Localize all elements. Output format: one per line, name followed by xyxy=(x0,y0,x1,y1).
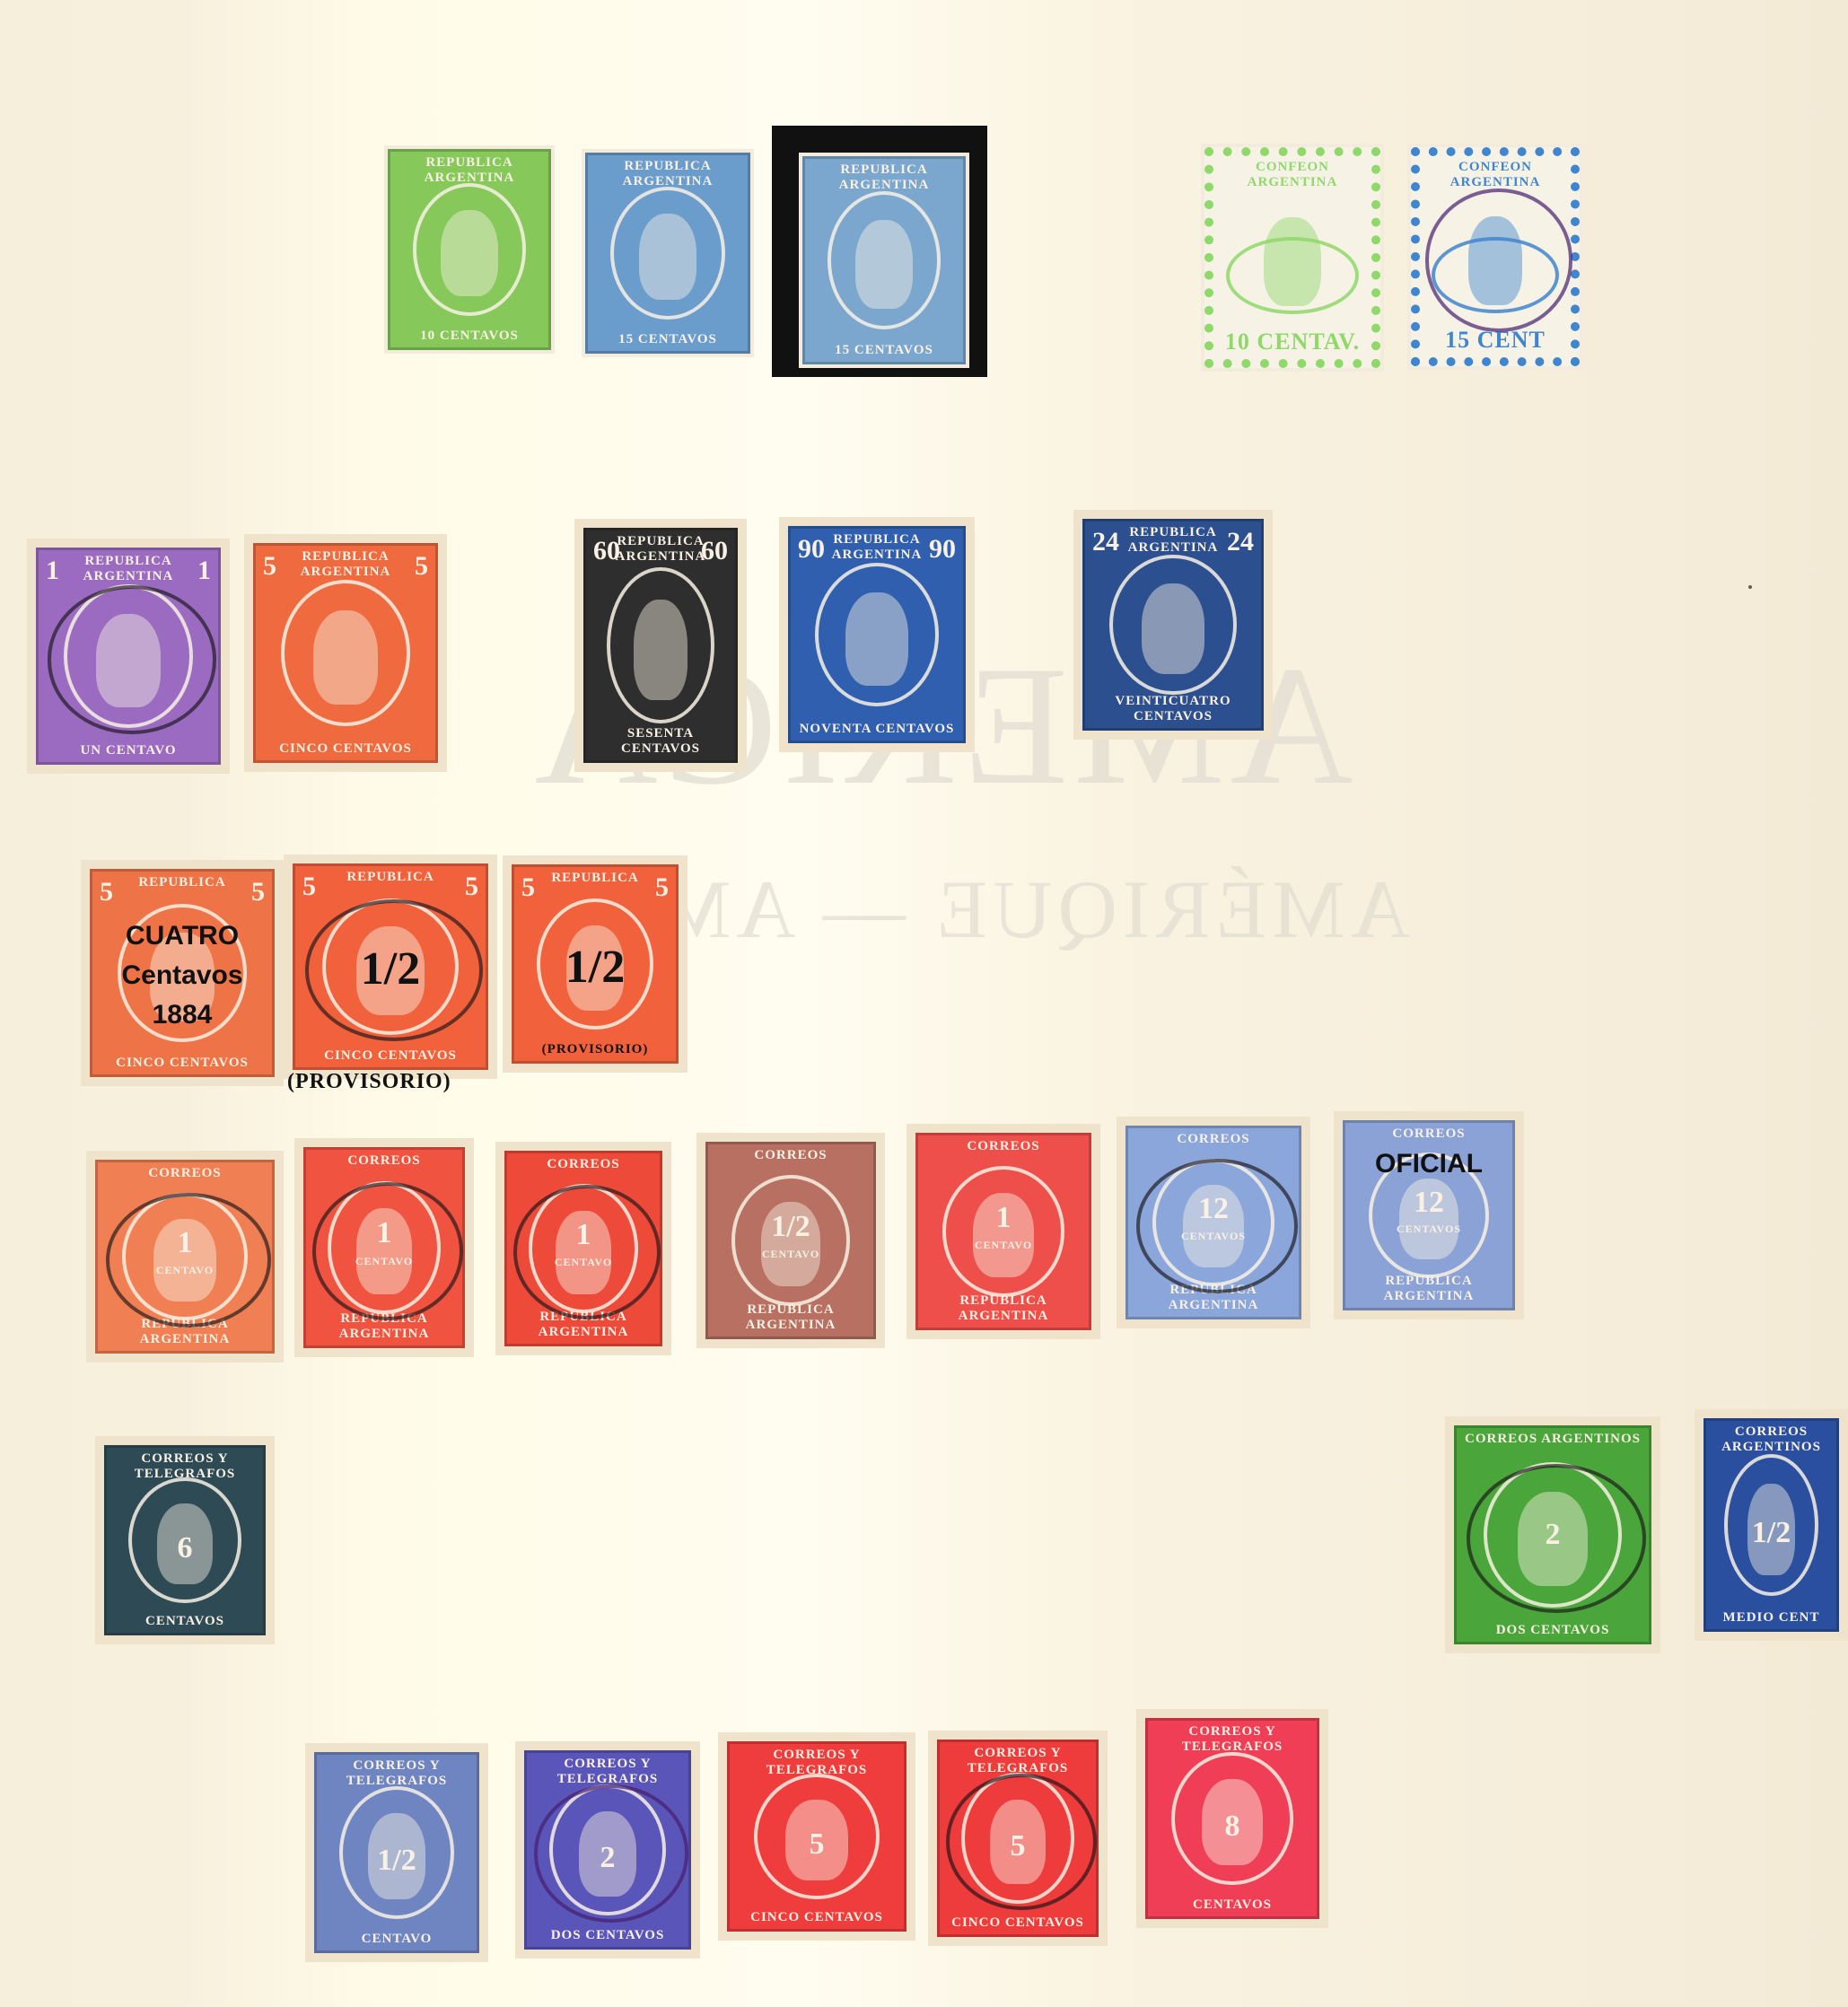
stamp-design: REPUBLICA ARGENTINA1515 CENTAVOS xyxy=(802,156,966,364)
stamp-unit-label: CENTAVOS xyxy=(1345,1219,1512,1240)
stamp-unit-label: CENTAVO xyxy=(918,1235,1089,1256)
postmark-cancel xyxy=(1467,1464,1646,1613)
stamp-design: CORREOS Y TELEGRAFOS8CENTAVOS xyxy=(1145,1718,1319,1919)
album-watermark-subtitle: AMÉRIQUE — AMI xyxy=(619,862,1410,957)
corner-value: 5 xyxy=(655,872,669,903)
stamp-top-label: CORREOS ARGENTINOS xyxy=(1706,1421,1836,1459)
corner-value: 5 xyxy=(521,872,535,903)
portrait-icon xyxy=(441,210,497,296)
stamp-bottom-label: CENTAVOS xyxy=(1191,1894,1274,1916)
stamp-design: REPUBLICA ARGENTINA24VEINTICUATRO CENTAV… xyxy=(1082,519,1264,731)
stamp-top-label: CORREOS ARGENTINOS xyxy=(1463,1428,1642,1450)
postmark-cancel xyxy=(1136,1159,1299,1293)
corner-value: 90 xyxy=(798,534,825,565)
stamp-design: CORREOS Y TELEGRAFOS1/2CENTAVO xyxy=(314,1752,479,1953)
stamp-top-label: REPUBLICA ARGENTINA xyxy=(588,155,748,193)
overprint-text: 1/2 xyxy=(514,941,676,994)
corner-value: 1 xyxy=(197,556,211,586)
stamp-design: REPUBLICA5CINCO CENTAVOS55CUATRO Centavo… xyxy=(90,869,275,1077)
corner-value: 5 xyxy=(465,872,478,902)
corner-value: 5 xyxy=(302,872,316,902)
postmark-cancel xyxy=(1425,188,1573,331)
stamp-top-label: REPUBLICA ARGENTINA xyxy=(390,152,548,189)
stamp-top-label: REPUBLICA ARGENTINA xyxy=(805,159,963,197)
stamp-row1-2: REPUBLICA ARGENTINA1515 CENTAVOS xyxy=(582,149,754,357)
portrait-icon xyxy=(1264,217,1320,306)
stamp-row3-3: REPUBLICA5(PROVISORIO)551/2 xyxy=(503,855,688,1073)
stamp-top-label: CORREOS xyxy=(1390,1123,1467,1145)
corner-value: 24 xyxy=(1092,527,1119,557)
corner-value: 5 xyxy=(100,877,113,907)
stamp-top-label: CORREOS Y TELEGRAFOS xyxy=(1148,1721,1317,1758)
stamp-row4-4: CORREOS1/2REPUBLICA ARGENTINACENTAVO xyxy=(696,1133,885,1348)
stamp-top-label: CORREOS Y TELEGRAFOS xyxy=(107,1448,263,1486)
stamp-top-label: REPUBLICA xyxy=(345,866,435,889)
stamp-row6-5: CORREOS Y TELEGRAFOS8CENTAVOS xyxy=(1136,1709,1328,1928)
stamp-value: 6 xyxy=(178,1531,193,1565)
stamp-bottom-label: SESENTA CENTAVOS xyxy=(586,723,735,760)
stamp-top-label: REPUBLICA ARGENTINA xyxy=(256,546,435,583)
stamp-design: CONFEON ARGENTINA1010 CENTAV. xyxy=(1204,147,1380,368)
stamp-design: REPUBLICA ARGENTINA5CINCO CENTAVOS55 xyxy=(253,543,438,763)
stamp-design: CORREOS ARGENTINOS1/2MEDIO CENT xyxy=(1703,1418,1839,1632)
stamp-row3-1: REPUBLICA5CINCO CENTAVOS55CUATRO Centavo… xyxy=(81,860,284,1086)
stamp-top-label: REPUBLICA xyxy=(549,867,640,890)
stamp-top-label: CORREOS xyxy=(752,1144,828,1167)
stamp-row4-3: CORREOS1REPUBLICA ARGENTINACENTAVO xyxy=(495,1142,671,1355)
postmark-cancel xyxy=(305,899,483,1041)
postmark-cancel xyxy=(534,1784,689,1922)
stamp-row1-3: REPUBLICA ARGENTINA1515 CENTAVOS xyxy=(799,153,969,368)
stamp-top-label: CORREOS xyxy=(1175,1128,1251,1151)
portrait-icon xyxy=(634,600,688,701)
overprint-text: OFICIAL xyxy=(1345,1149,1512,1179)
stamp-row1-1: REPUBLICA ARGENTINA1010 CENTAVOS xyxy=(384,145,555,354)
stamp-row1-4: CONFEON ARGENTINA1010 CENTAV. xyxy=(1201,144,1384,372)
corner-value: 60 xyxy=(593,536,620,566)
stamp-value: 12 xyxy=(1414,1186,1444,1220)
stamp-row5-2: CORREOS ARGENTINOS2DOS CENTAVOS xyxy=(1445,1416,1660,1653)
stamp-design: CORREOS Y TELEGRAFOS5CINCO CENTAVOS xyxy=(727,1741,906,1932)
stamp-value: 1 xyxy=(996,1201,1012,1235)
stamp-row2-3: REPUBLICA ARGENTINA60SESENTA CENTAVOS606… xyxy=(574,519,747,772)
postmark-cancel xyxy=(312,1182,463,1320)
portrait-icon xyxy=(845,592,907,686)
stamp-bottom-label: CENTAVO xyxy=(360,1928,434,1950)
stamp-value: 1/2 xyxy=(377,1844,416,1878)
stamp-value: 8 xyxy=(1225,1810,1240,1844)
stamp-top-label: CONFEON ARGENTINA xyxy=(1213,156,1371,194)
paper-speck xyxy=(1748,585,1752,589)
stamp-row6-4: CORREOS Y TELEGRAFOS5CINCO CENTAVOS xyxy=(928,1731,1108,1946)
stamp-bottom-label: UN CENTAVO xyxy=(78,740,178,762)
stamp-row2-5: REPUBLICA ARGENTINA24VEINTICUATRO CENTAV… xyxy=(1073,510,1273,740)
stamp-bottom-label: CINCO CENTAVOS xyxy=(322,1045,459,1067)
corner-value: 1 xyxy=(46,556,59,586)
postmark-cancel xyxy=(106,1193,271,1328)
corner-value: 5 xyxy=(415,551,428,582)
stamp-design: CORREOS1/2REPUBLICA ARGENTINACENTAVO xyxy=(705,1142,876,1339)
stamp-design: REPUBLICA ARGENTINA90NOVENTA CENTAVOS909… xyxy=(788,526,966,743)
stamp-value: 1/2 xyxy=(1752,1516,1791,1550)
stamp-top-label: REPUBLICA xyxy=(136,872,227,894)
stamp-row4-2: CORREOS1REPUBLICA ARGENTINACENTAVO xyxy=(294,1138,474,1357)
stamp-bottom-label: CENTAVOS xyxy=(144,1610,226,1633)
stamp-bottom-label: 15 CENTAVOS xyxy=(617,329,719,351)
stamp-bottom-label: REPUBLICA ARGENTINA xyxy=(708,1299,873,1337)
stamp-top-label: REPUBLICA ARGENTINA xyxy=(39,550,218,588)
stamp-top-label: CORREOS xyxy=(965,1135,1041,1158)
stamp-row6-3: CORREOS Y TELEGRAFOS5CINCO CENTAVOS xyxy=(718,1732,915,1941)
stamp-bottom-label: 10 CENTAVOS xyxy=(418,325,521,347)
overprint-text: CUATRO Centavos 1884 xyxy=(92,916,272,1035)
stamp-row1-5: CONFEON ARGENTINA1515 CENT xyxy=(1407,144,1583,370)
stamp-design: CORREOS12REPUBLICA ARGENTINACENTAVOSOFIC… xyxy=(1343,1120,1515,1310)
stamp-row4-1: CORREOS1REPUBLICA ARGENTINACENTAVO xyxy=(86,1151,284,1363)
stamp-bottom-label: CINCO CENTAVOS xyxy=(749,1906,885,1929)
stamp-bottom-label: NOVENTA CENTAVOS xyxy=(798,718,957,741)
stamp-row4-5: CORREOS1REPUBLICA ARGENTINACENTAVO xyxy=(906,1124,1100,1339)
stamp-top-label: CORREOS xyxy=(545,1153,621,1176)
stamp-value: 5 xyxy=(810,1827,825,1862)
stamp-row2-4: REPUBLICA ARGENTINA90NOVENTA CENTAVOS909… xyxy=(779,517,975,752)
stamp-unit-label: CENTAVO xyxy=(708,1244,873,1265)
stamp-design: CORREOS1REPUBLICA ARGENTINACENTAVO xyxy=(915,1133,1091,1330)
stamp-row4-6: CORREOS12REPUBLICA ARGENTINACENTAVOS xyxy=(1117,1117,1310,1328)
stamp-row4-7: CORREOS12REPUBLICA ARGENTINACENTAVOSOFIC… xyxy=(1334,1111,1524,1319)
stamp-bottom-label: REPUBLICA ARGENTINA xyxy=(918,1290,1089,1328)
stamp-row2-1: REPUBLICA ARGENTINA1UN CENTAVO11 xyxy=(27,539,230,774)
stamp-row2-2: REPUBLICA ARGENTINA5CINCO CENTAVOS55 xyxy=(244,534,447,772)
stamp-bottom-label: MEDIO CENT xyxy=(1721,1607,1822,1629)
stamp-bottom-label: 10 CENTAV. xyxy=(1223,325,1362,359)
stamp-bottom-label: VEINTICUATRO CENTAVOS xyxy=(1085,690,1261,728)
stamp-bottom-label: (PROVISORIO) xyxy=(540,1039,651,1061)
stamp-design: REPUBLICA ARGENTINA60SESENTA CENTAVOS606… xyxy=(583,528,738,763)
stamp-top-label: CORREOS xyxy=(346,1150,422,1172)
stamp-bottom-label: CINCO CENTAVOS xyxy=(114,1052,250,1074)
corner-value: 60 xyxy=(701,536,728,566)
stamp-top-label: CORREOS Y TELEGRAFOS xyxy=(317,1755,477,1792)
stamp-design: REPUBLICA ARGENTINA1515 CENTAVOS xyxy=(585,153,750,354)
provisorio-overprint-text: (PROVISORIO) xyxy=(287,1070,451,1094)
corner-value: 24 xyxy=(1227,527,1254,557)
stamp-bottom-label: CINCO CENTAVOS xyxy=(277,738,414,760)
portrait-icon xyxy=(855,220,912,309)
corner-value: 5 xyxy=(251,877,265,907)
stamp-top-label: CORREOS Y TELEGRAFOS xyxy=(730,1744,904,1782)
stamp-bottom-label: DOS CENTAVOS xyxy=(549,1924,667,1947)
stamp-design: REPUBLICA ARGENTINA1010 CENTAVOS xyxy=(388,149,551,350)
stamp-bottom-label: CINCO CENTAVOS xyxy=(950,1912,1086,1934)
postmark-cancel xyxy=(946,1774,1097,1910)
postmark-cancel xyxy=(48,585,217,733)
stamp-row3-2: REPUBLICA5CINCO CENTAVOS551/2 xyxy=(284,855,497,1079)
stamp-bottom-label: REPUBLICA ARGENTINA xyxy=(1345,1270,1512,1308)
stamp-design: CORREOS Y TELEGRAFOS6CENTAVOS xyxy=(104,1445,266,1635)
portrait-icon xyxy=(639,214,696,300)
portrait-icon xyxy=(1142,583,1205,674)
stamp-top-label: CORREOS xyxy=(146,1162,223,1185)
corner-value: 5 xyxy=(263,551,276,582)
stamp-row5-1: CORREOS Y TELEGRAFOS6CENTAVOS xyxy=(95,1436,275,1644)
stamp-bottom-label: DOS CENTAVOS xyxy=(1494,1619,1612,1642)
stamp-row6-2: CORREOS Y TELEGRAFOS2DOS CENTAVOS xyxy=(515,1741,700,1959)
stamp-row6-1: CORREOS Y TELEGRAFOS1/2CENTAVO xyxy=(305,1743,488,1962)
stamp-bottom-label: 15 CENTAVOS xyxy=(833,339,935,362)
postmark-cancel xyxy=(513,1185,661,1320)
stamp-value: 1/2 xyxy=(771,1210,810,1244)
stamp-design: REPUBLICA5(PROVISORIO)551/2 xyxy=(512,864,679,1064)
portrait-icon xyxy=(313,610,378,705)
corner-value: 90 xyxy=(929,534,956,565)
stamp-row5-3: CORREOS ARGENTINOS1/2MEDIO CENT xyxy=(1695,1409,1848,1641)
